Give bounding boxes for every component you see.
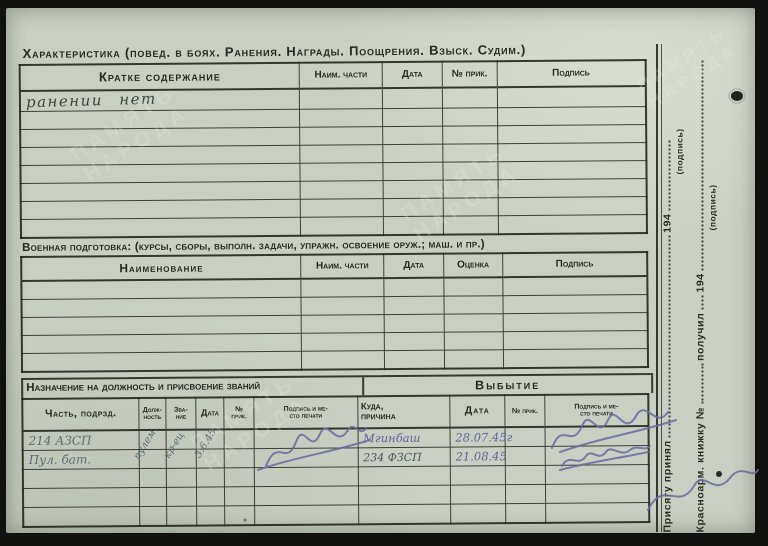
table-cell (21, 199, 301, 219)
column-header: Часть, подрзд. (22, 398, 139, 431)
handwritten-entry: Мгинбаш (363, 431, 420, 445)
handwritten-entry: 21.08.45 (455, 449, 506, 463)
table-cell (444, 296, 502, 314)
table-cell (20, 127, 300, 147)
table-cell (443, 162, 497, 180)
table-cell (23, 507, 140, 527)
column-header: Дата (382, 62, 443, 88)
table-cell (255, 467, 358, 487)
table-cell (302, 351, 385, 370)
column-header: Кратке содержание (20, 63, 300, 91)
dotted-leader (700, 296, 704, 310)
table-cell (197, 487, 225, 506)
table-cell (383, 198, 444, 216)
column-header: Подпись и ме- сто печати (254, 396, 358, 429)
table-cell (382, 88, 443, 109)
table-cell (22, 333, 302, 353)
table-cell (505, 484, 545, 503)
table-cell (384, 278, 445, 297)
table-cell (225, 506, 255, 526)
header-row: Часть, подрзд.Долж- ностьЗва- ниеДата№ п… (22, 394, 648, 431)
table-cell: ранении нет (20, 89, 300, 112)
table-cell (383, 180, 444, 198)
column-header: Оценка (444, 253, 503, 277)
table-cell (21, 297, 301, 317)
column-header: Дата (196, 397, 224, 429)
table-cell (503, 313, 648, 332)
table-cell (443, 126, 497, 144)
table-cell (498, 197, 647, 216)
table-cell (503, 331, 648, 350)
table-cell (497, 143, 646, 162)
table-row (23, 503, 649, 527)
table-cell (301, 297, 384, 316)
oath-label: Присягу принял (662, 440, 674, 532)
table-cell (358, 485, 450, 505)
table-cell (545, 465, 649, 485)
column-header: Зва- ние (166, 398, 196, 430)
table-cell (505, 465, 545, 484)
column-header: Подпись (502, 252, 647, 277)
handwritten-entry: 28.07.45г (455, 430, 512, 444)
table-cell (300, 163, 383, 182)
column-header: Дата (450, 395, 505, 427)
book-mid-label: получил (695, 313, 707, 361)
book-label: Красноарм. книжку № (695, 407, 707, 533)
table-cell (382, 126, 443, 144)
table-cell (22, 315, 302, 335)
table-cell (443, 180, 497, 198)
table-cell (503, 295, 648, 314)
table-cell (300, 199, 383, 218)
table-cell: 28.07.45г (450, 427, 505, 447)
table-cell (300, 145, 383, 164)
departure-title: Выбытие (364, 375, 651, 395)
dotted-leader (700, 61, 704, 271)
table-cell: 214 АЗСП (23, 430, 140, 450)
table-cell (384, 332, 445, 350)
scan-page: { "document": { "section1": { "title": "… (0, 0, 768, 546)
table-cell (166, 468, 196, 487)
table-cell (225, 487, 255, 506)
table-cell: 21.08.45 (450, 447, 505, 466)
table-cell (450, 485, 505, 504)
column-header: № прик. (224, 397, 254, 429)
table-cell (545, 426, 649, 446)
handwritten-entry: 234 ФЗСП (363, 451, 422, 464)
table-cell (384, 314, 445, 332)
table-cell (21, 217, 301, 238)
table-cell (167, 506, 197, 526)
handwritten-entry: Пул. бат. (29, 452, 91, 466)
table-cell (546, 484, 650, 504)
table-cell (443, 198, 497, 216)
column-header: Наим. части (301, 254, 384, 279)
table-cell (444, 332, 502, 350)
table-cell (450, 466, 505, 485)
table-cell (300, 88, 383, 109)
training-table: НаименованиеНаим. частиДатаОценкаПодпись (20, 251, 649, 373)
handwritten-entry: ранении нет (26, 90, 157, 112)
table-cell (358, 504, 450, 524)
column-header: № прик. (505, 395, 545, 427)
table-cell (20, 109, 300, 129)
signature-caption: (подпись) (708, 184, 718, 230)
table-cell (21, 181, 301, 201)
oath-line: Присягу принял 194 (подпись) (659, 18, 693, 533)
table-cell (384, 350, 445, 369)
table-cell (197, 506, 225, 526)
table-cell (139, 468, 166, 487)
assignment-table: Часть, подрзд.Долж- ностьЗва- ниеДата№ п… (21, 393, 650, 528)
table-cell (443, 108, 497, 126)
table-cell (497, 125, 646, 144)
column-header: Наименование (21, 255, 301, 281)
table-cell: Пул. бат. (23, 450, 140, 470)
table-cell (444, 216, 498, 235)
signature-caption: (подпись) (675, 128, 685, 174)
table-row (22, 349, 648, 372)
table-cell (497, 86, 646, 108)
table-cell (383, 162, 444, 180)
table-cell (302, 333, 385, 352)
table-cell (445, 350, 504, 369)
table-cell (505, 446, 545, 465)
table-cell (23, 469, 140, 489)
document-page: Характеристика (повед. в боях. Ранения. … (6, 8, 755, 533)
column-header: Подпись и ме- сто печати (545, 394, 649, 427)
table-cell (254, 428, 357, 448)
table-cell (224, 429, 254, 449)
table-cell (502, 276, 647, 296)
book-year: 194 (695, 273, 707, 292)
table-cell (255, 486, 358, 506)
table-cell (497, 107, 646, 126)
table-cell (301, 278, 384, 297)
table-cell (443, 144, 497, 162)
table-cell (444, 314, 502, 332)
table-cell (383, 216, 444, 235)
book-line: Красноарм. книжку № получил 194 (подпись… (692, 18, 726, 533)
column-header: Дата (383, 254, 444, 278)
column-header: Наим. части (299, 62, 382, 89)
handwritten-entry: 214 АЗСП (29, 433, 92, 447)
dotted-leader (667, 141, 671, 211)
table-cell (382, 108, 443, 126)
table-cell: Мгинбаш (358, 428, 450, 448)
column-header: № прик. (442, 61, 497, 87)
table-cell (498, 215, 647, 235)
table-cell (224, 468, 254, 487)
table-cell (300, 109, 383, 128)
characteristics-table: Кратке содержаниеНаим. частиДата№ прик.П… (19, 59, 648, 239)
table-cell (224, 449, 254, 468)
table-cell: 234 ФЗСП (358, 447, 450, 467)
table-cell (22, 351, 302, 372)
dotted-leader (700, 364, 704, 404)
table-cell (20, 145, 300, 165)
oath-year: 194 (662, 214, 674, 233)
table-cell (358, 466, 450, 486)
table-cell (443, 87, 498, 108)
table-cell (506, 503, 546, 523)
table-cell (23, 488, 140, 508)
table-cell (20, 163, 300, 183)
assignment-title: Назначение на должность и присвоение зва… (23, 377, 364, 398)
table-cell (21, 279, 301, 300)
table-cell (301, 315, 384, 334)
table-cell (255, 505, 358, 525)
column-header: Куда, причина (357, 396, 450, 429)
dotted-leader (667, 236, 671, 437)
table-cell (503, 349, 648, 369)
table-cell (450, 504, 505, 524)
form-content: Характеристика (повед. в боях. Ранения. … (18, 39, 654, 528)
table-cell (384, 296, 445, 314)
table-cell (139, 487, 166, 506)
table-cell (498, 179, 647, 198)
table-cell (497, 161, 646, 180)
table-cell (139, 506, 166, 526)
table-cell (254, 448, 357, 468)
table-cell (301, 217, 384, 236)
table-cell (444, 277, 503, 296)
table-cell (383, 144, 444, 162)
table-cell (166, 487, 196, 506)
table-cell (546, 503, 650, 523)
table-cell (196, 468, 224, 487)
table-cell (545, 446, 649, 466)
table-cell (300, 127, 383, 146)
table-cell (300, 181, 383, 200)
column-header: Подпись (497, 60, 646, 87)
